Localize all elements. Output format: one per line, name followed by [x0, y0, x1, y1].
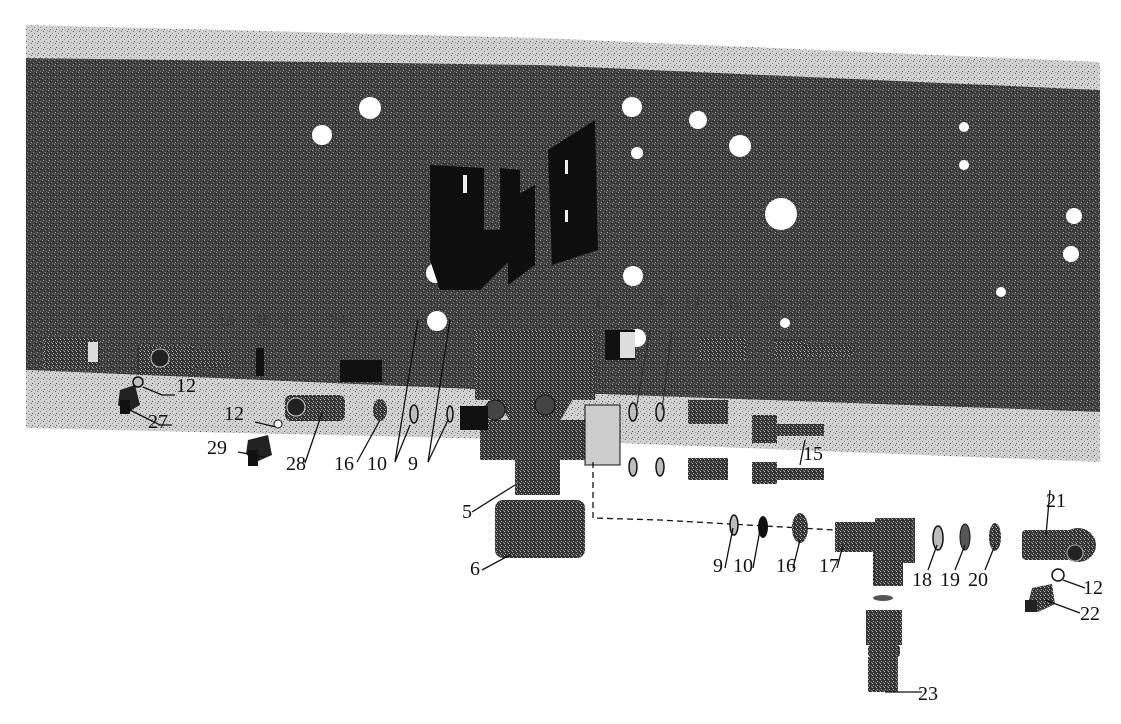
part-5-neck	[515, 460, 560, 495]
callout-15: 15	[803, 443, 823, 465]
diagram-svg: 12 27 12 29 28 16 10 9 5 6 9 10 16 17 18…	[0, 0, 1121, 724]
callout-28: 28	[286, 453, 306, 475]
callout-10: 10	[367, 453, 387, 475]
faint-callout-9: 9	[655, 294, 663, 311]
callout-6: 6	[470, 558, 480, 580]
callout-17: 17	[819, 555, 839, 577]
callout-12: 12	[176, 375, 196, 397]
faint-callout-24: 24	[330, 313, 346, 330]
callout-12: 12	[224, 403, 244, 425]
callout-19: 19	[940, 569, 960, 591]
faint-callout-10: 10	[683, 294, 699, 311]
faint-callout-9: 9	[280, 313, 288, 330]
faint-callout-11: 11	[726, 294, 741, 311]
part-6-cap	[495, 500, 585, 558]
faint-callout-16: 16	[218, 313, 234, 330]
callout-21: 21	[1046, 490, 1066, 512]
callout-27: 27	[148, 411, 168, 433]
callout-20: 20	[968, 569, 988, 591]
callout-12: 12	[1083, 577, 1103, 599]
faint-callout-10: 10	[255, 313, 271, 330]
callout-22: 22	[1080, 603, 1100, 625]
faint-callout-14: 14	[802, 294, 818, 311]
parts-diagram: 12 27 12 29 28 16 10 9 5 6 9 10 16 17 18…	[0, 0, 1121, 724]
faint-callout-11: 11	[594, 294, 609, 311]
faint-callout-12: 12	[760, 294, 776, 311]
callout-5: 5	[462, 501, 472, 523]
callout-9: 9	[713, 555, 723, 577]
callout-23: 23	[918, 683, 938, 705]
callout-16: 16	[334, 453, 354, 475]
callout-29: 29	[207, 437, 227, 459]
callout-16: 16	[776, 555, 796, 577]
lower-right-parts	[730, 513, 1096, 692]
callout-9: 9	[408, 453, 418, 475]
callout-10: 10	[733, 555, 753, 577]
callout-18: 18	[912, 569, 932, 591]
